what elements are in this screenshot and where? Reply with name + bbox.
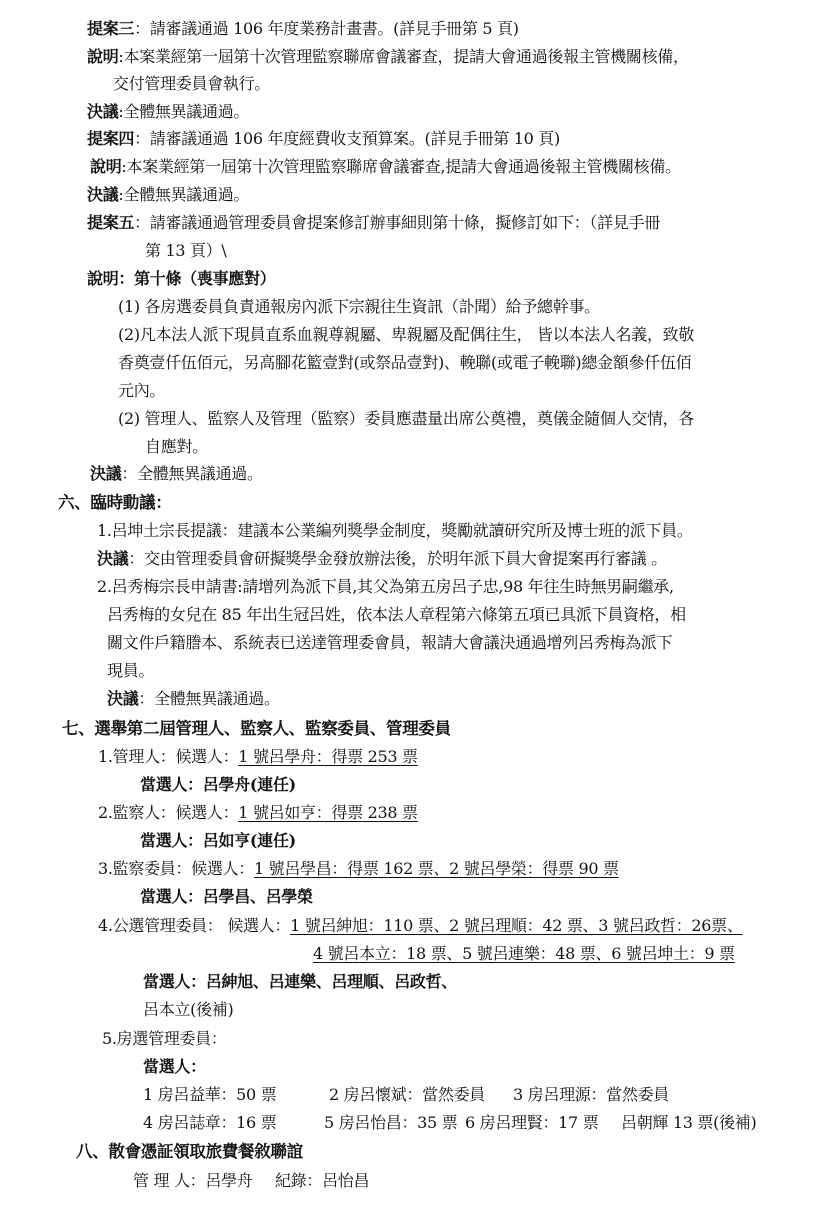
proposal-5-item: 自應對。 — [145, 436, 208, 458]
proposal-5-resolution: 決議：全體無異議通過。 — [90, 463, 263, 485]
election-management-committee-elected: 當選人：呂紳旭、呂連樂、呂理順、呂政哲、 — [143, 971, 457, 993]
motion-2-cont: 現員。 — [107, 660, 154, 682]
election-house-committee-elected-label: 當選人： — [143, 1056, 206, 1078]
motion-2-cont: 呂秀梅的女兒在 85 年出生冠呂姓，依本法人章程第六條第五項已具派下員資格，相 — [107, 604, 686, 626]
proposal-3-label: 提案三 — [87, 19, 134, 38]
election-house-committee: 5.房選管理委員： — [102, 1028, 227, 1050]
proposal-5-item: 香奠壹仟伍佰元，另高腳花籃壹對(或祭品壹對)、輓聯(或電子輓聯)總金額參仟伍佰 — [118, 352, 691, 374]
proposal-5-title-cont: 第 13 頁）\ — [145, 240, 227, 262]
motion-1-resolution: 決議：交由管理委員會研擬獎學金發放辦法後，於明年派下員大會提案再行審議 。 — [97, 548, 667, 570]
signature-line: 管 理 人：呂學舟紀錄：呂怡昌 — [133, 1170, 369, 1192]
proposal-5-title: 提案五：請審議通過管理委員會提案修訂辦事細則第十條，擬修訂如下：（詳見手冊 — [87, 212, 660, 234]
election-supervisory-committee-elected: 當選人：呂學昌、呂學榮 — [140, 886, 313, 908]
proposal-5-item: (2) 管理人、監察人及管理（監察）委員應盡量出席公奠禮，奠儀金隨個人交情，各 — [118, 408, 694, 430]
house-elected-row: 1 房呂益華：50 票2 房呂懷斌：當然委員3 房呂理源：當然委員 — [143, 1084, 669, 1106]
election-manager-elected: 當選人：呂學舟(連任) — [140, 774, 296, 796]
house-elected: 3 房呂理源：當然委員 — [513, 1085, 669, 1104]
house-elected: 6 房呂理賢：17 票 — [465, 1112, 621, 1134]
section-7-heading: 七、選舉第二屆管理人、監察人、監察委員、管理委員 — [62, 718, 451, 740]
proposal-3-explanation-cont: 交付管理委員會執行。 — [113, 73, 270, 95]
proposal-3-resolution: 決議:全體無異議通過。 — [87, 101, 249, 123]
house-elected: 2 房呂懷斌：當然委員 — [329, 1084, 513, 1106]
proposal-3-title: 提案三：請審議通過 106 年度業務計畫書。(詳見手冊第 5 頁) — [87, 18, 519, 40]
proposal-5-item: (2)凡本法人派下現員直系血親尊親屬、卑親屬及配偶往生， 皆以本法人名義，致敬 — [118, 324, 694, 346]
election-supervisor: 2.監察人：候選人：1 號呂如亨：得票 238 票 — [98, 802, 418, 824]
proposal-4-explanation: 說明:本案業經第一屆第十次管理監察聯席會議審查,提請大會通過後報主管機關核備。 — [90, 156, 681, 178]
candidates-cont: 4 號呂本立：18 票、5 號呂連樂：48 票、6 號呂坤土：9 票 — [313, 943, 735, 965]
election-supervisor-elected: 當選人：呂如亨(連任) — [140, 830, 296, 852]
proposal-5-item: (1) 各房選委員負責通報房內派下宗親往生資訊（訃聞）給予總幹事。 — [118, 296, 600, 318]
proposal-4-title: 提案四：請審議通過 106 年度經費收支預算案。(詳見手冊第 10 頁) — [87, 128, 560, 150]
election-management-committee-elected-cont: 呂本立(後補) — [143, 999, 233, 1021]
section-6-heading: 六、臨時動議： — [58, 492, 171, 514]
election-manager: 1.管理人：候選人：1 號呂學舟：得票 253 票 — [98, 746, 418, 768]
motion-2-resolution: 決議：全體無異議通過。 — [107, 688, 280, 710]
house-elected: 5 房呂怡昌：35 票 — [324, 1112, 465, 1134]
house-elected-row: 4 房呂誌章：16 票5 房呂怡昌：35 票6 房呂理賢：17 票呂朝輝 13 … — [143, 1112, 756, 1134]
house-elected: 1 房呂益華：50 票 — [143, 1084, 329, 1106]
motion-2: 2.呂秀梅宗長申請書:請增列為派下員,其父為第五房呂子忠,98 年往生時無男嗣繼… — [97, 576, 674, 598]
proposal-5-explanation: 說明：第十條（喪事應對） — [87, 268, 275, 290]
house-elected: 4 房呂誌章：16 票 — [143, 1112, 324, 1134]
motion-1: 1.呂坤土宗長提議：建議本公業編列獎學金制度，獎勵就讀研究所及博士班的派下員。 — [97, 520, 693, 542]
motion-2-cont: 關文件戶籍謄本、系統表已送達管理委會員，報請大會議決通過增列呂秀梅為派下 — [107, 632, 672, 654]
election-supervisory-committee: 3.監察委員：候選人：1 號呂學昌：得票 162 票、2 號呂學榮：得票 90 … — [98, 858, 619, 880]
proposal-3-explanation: 說明:本案業經第一屆第十次管理監察聯席會議審查，提請大會通過後報主管機關核備， — [87, 46, 689, 68]
candidates: 1 號呂紳旭：110 票、2 號呂理順：42 票、3 號呂政哲：26票、 — [290, 916, 742, 935]
candidates: 1 號呂如亨：得票 238 票 — [238, 803, 417, 822]
manager-signature: 管 理 人：呂學舟 — [133, 1170, 275, 1192]
section-8-heading: 八、散會憑証領取旅費餐敘聯誼 — [76, 1141, 303, 1163]
candidates: 1 號呂學舟：得票 253 票 — [238, 747, 417, 766]
proposal-5-item: 元內。 — [118, 380, 165, 402]
election-management-committee: 4.公選管理委員： 候選人：1 號呂紳旭：110 票、2 號呂理順：42 票、3… — [98, 915, 743, 937]
recorder-signature: 紀錄：呂怡昌 — [275, 1171, 369, 1190]
house-elected-alternate: 呂朝輝 13 票(後補) — [621, 1113, 756, 1132]
proposal-4-resolution: 決議:全體無異議通過。 — [87, 184, 249, 206]
candidates: 1 號呂學昌：得票 162 票、2 號呂學榮：得票 90 票 — [254, 859, 619, 878]
